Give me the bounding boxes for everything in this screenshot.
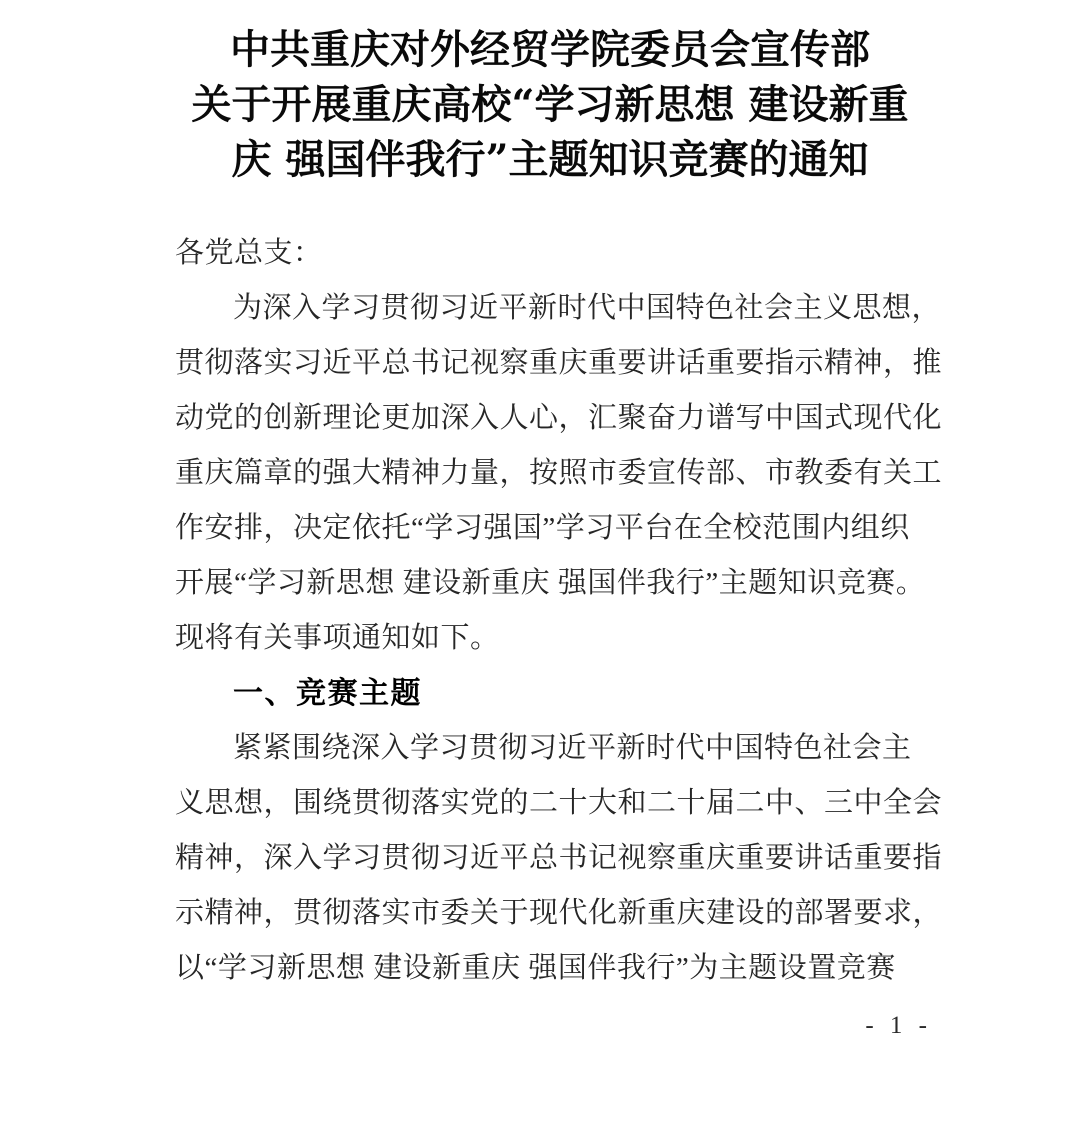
body-line: 作安排，决定依托“学习强国”学习平台在全校范围内组织 [175,501,955,556]
section-heading: 一、竞赛主题 [175,666,955,721]
body-line: 现将有关事项通知如下。 [175,611,955,666]
page-number: - 1 - [865,1012,932,1040]
title-line-1: 中共重庆对外经贸学院委员会宣传部 [40,22,1060,77]
body-line: 精神，深入学习贯彻习近平总书记视察重庆重要讲话重要指 [175,831,955,886]
body-line: 以“学习新思想 建设新重庆 强国伴我行”为主题设置竞赛 [175,941,955,996]
body-line: 义思想，围绕贯彻落实党的二十大和二十届二中、三中全会 [175,776,955,831]
body-line: 动党的创新理论更加深入人心，汇聚奋力谱写中国式现代化 [175,391,955,446]
body-line: 贯彻落实习近平总书记视察重庆重要讲话重要指示精神，推 [175,336,955,391]
document-title: 中共重庆对外经贸学院委员会宣传部 关于开展重庆高校“学习新思想 建设新重 庆 强… [40,22,1060,187]
body-line: 为深入学习贯彻习近平新时代中国特色社会主义思想， [175,281,955,336]
body-line: 开展“学习新思想 建设新重庆 强国伴我行”主题知识竞赛。 [175,556,955,611]
title-line-3: 庆 强国伴我行”主题知识竞赛的通知 [40,132,1060,187]
body-line: 重庆篇章的强大精神力量，按照市委宣传部、市教委有关工 [175,446,955,501]
document-page: 中共重庆对外经贸学院委员会宣传部 关于开展重庆高校“学习新思想 建设新重 庆 强… [0,0,1080,1134]
salutation: 各党总支： [175,226,955,281]
body-line: 紧紧围绕深入学习贯彻习近平新时代中国特色社会主 [175,721,955,776]
document-body: 各党总支： 为深入学习贯彻习近平新时代中国特色社会主义思想， 贯彻落实习近平总书… [175,226,955,996]
body-line: 示精神，贯彻落实市委关于现代化新重庆建设的部署要求， [175,886,955,941]
title-line-2: 关于开展重庆高校“学习新思想 建设新重 [40,77,1060,132]
